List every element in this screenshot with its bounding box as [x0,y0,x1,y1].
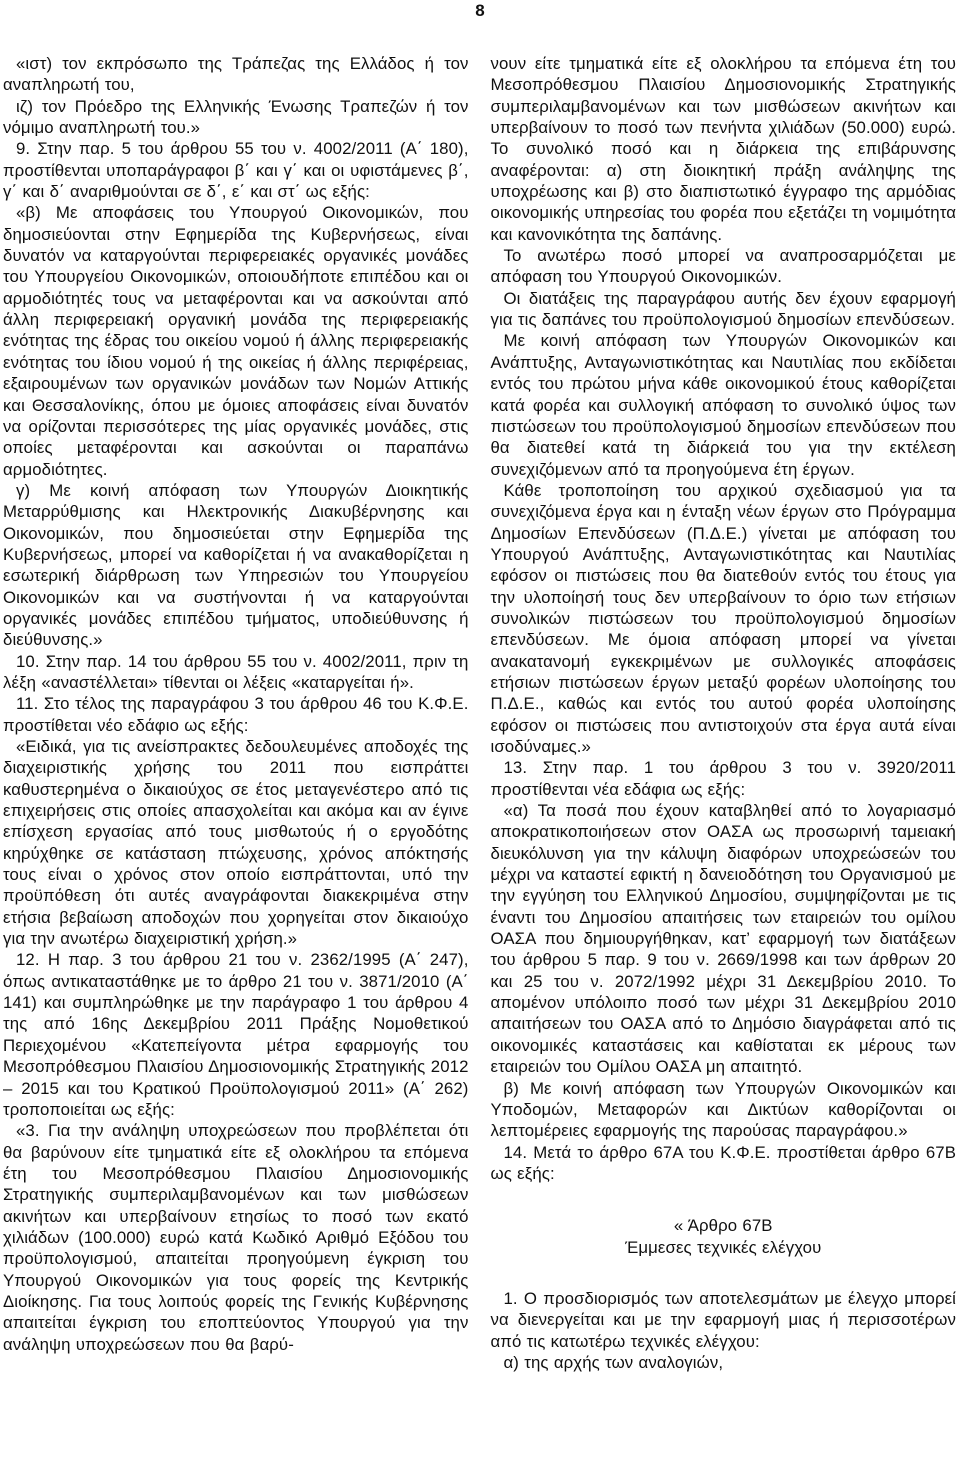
paragraph: 1. Ο προσδιορισμός των αποτελεσμάτων με … [491,1288,957,1352]
paragraph: 14. Μετά το άρθρο 67Α του Κ.Φ.Ε. προστίθ… [491,1142,957,1185]
paragraph: γ) Με κοινή απόφαση των Υπουργών Διοικητ… [3,480,469,651]
right-column: νουν είτε τμηματικά είτε εξ ολοκλήρου τα… [491,53,957,1373]
paragraph: «α) Τα ποσά που έχουν καταβληθεί από το … [491,800,957,1077]
paragraph: «ιστ) τον εκπρόσωπο της Τράπεζας της Ελλ… [3,53,469,96]
paragraph: 13. Στην παρ. 1 του άρθρου 3 του ν. 3920… [491,757,957,800]
paragraph: Κάθε τροποποίηση του αρχικού σχεδιασμού … [491,480,957,757]
paragraph: 9. Στην παρ. 5 του άρθρου 55 του ν. 4002… [3,138,469,202]
paragraph: Έμμεσες τεχνικές ελέγχου [491,1237,957,1258]
paragraph: « Άρθρο 67Β [491,1215,957,1236]
paragraph: ιζ) τον Πρόεδρο της Ελληνικής Ένωσης Τρα… [3,96,469,139]
paragraph: «Ειδικά, για τις ανείσπρακτες δεδουλευμέ… [3,736,469,949]
paragraph: Με κοινή απόφαση των Υπουργών Οικονομικώ… [491,330,957,479]
paragraph: νουν είτε τμηματικά είτε εξ ολοκλήρου τα… [491,53,957,245]
page-number: 8 [0,1,960,21]
paragraph: 12. Η παρ. 3 του άρθρου 21 του ν. 2362/1… [3,949,469,1120]
paragraph: 11. Στο τέλος της παραγράφου 3 του άρθρο… [3,693,469,736]
paragraph: «3. Για την ανάληψη υποχρεώσεων που προβ… [3,1120,469,1355]
left-column: «ιστ) τον εκπρόσωπο της Τράπεζας της Ελλ… [3,53,469,1373]
text-columns: «ιστ) τον εκπρόσωπο της Τράπεζας της Ελλ… [3,53,956,1373]
paragraph: 10. Στην παρ. 14 του άρθρου 55 του ν. 40… [3,651,469,694]
paragraph: «β) Με αποφάσεις του Υπουργού Οικονομικώ… [3,202,469,479]
document-page: 8 «ιστ) τον εκπρόσωπο της Τράπεζας της Ε… [0,0,960,1483]
paragraph: α) της αρχής των αναλογιών, [491,1352,957,1373]
paragraph: Το ανωτέρω ποσό μπορεί να αναπροσαρμόζετ… [491,245,957,288]
paragraph: Οι διατάξεις της παραγράφου αυτής δεν έχ… [491,288,957,331]
paragraph: β) Με κοινή απόφαση των Υπουργών Οικονομ… [491,1078,957,1142]
